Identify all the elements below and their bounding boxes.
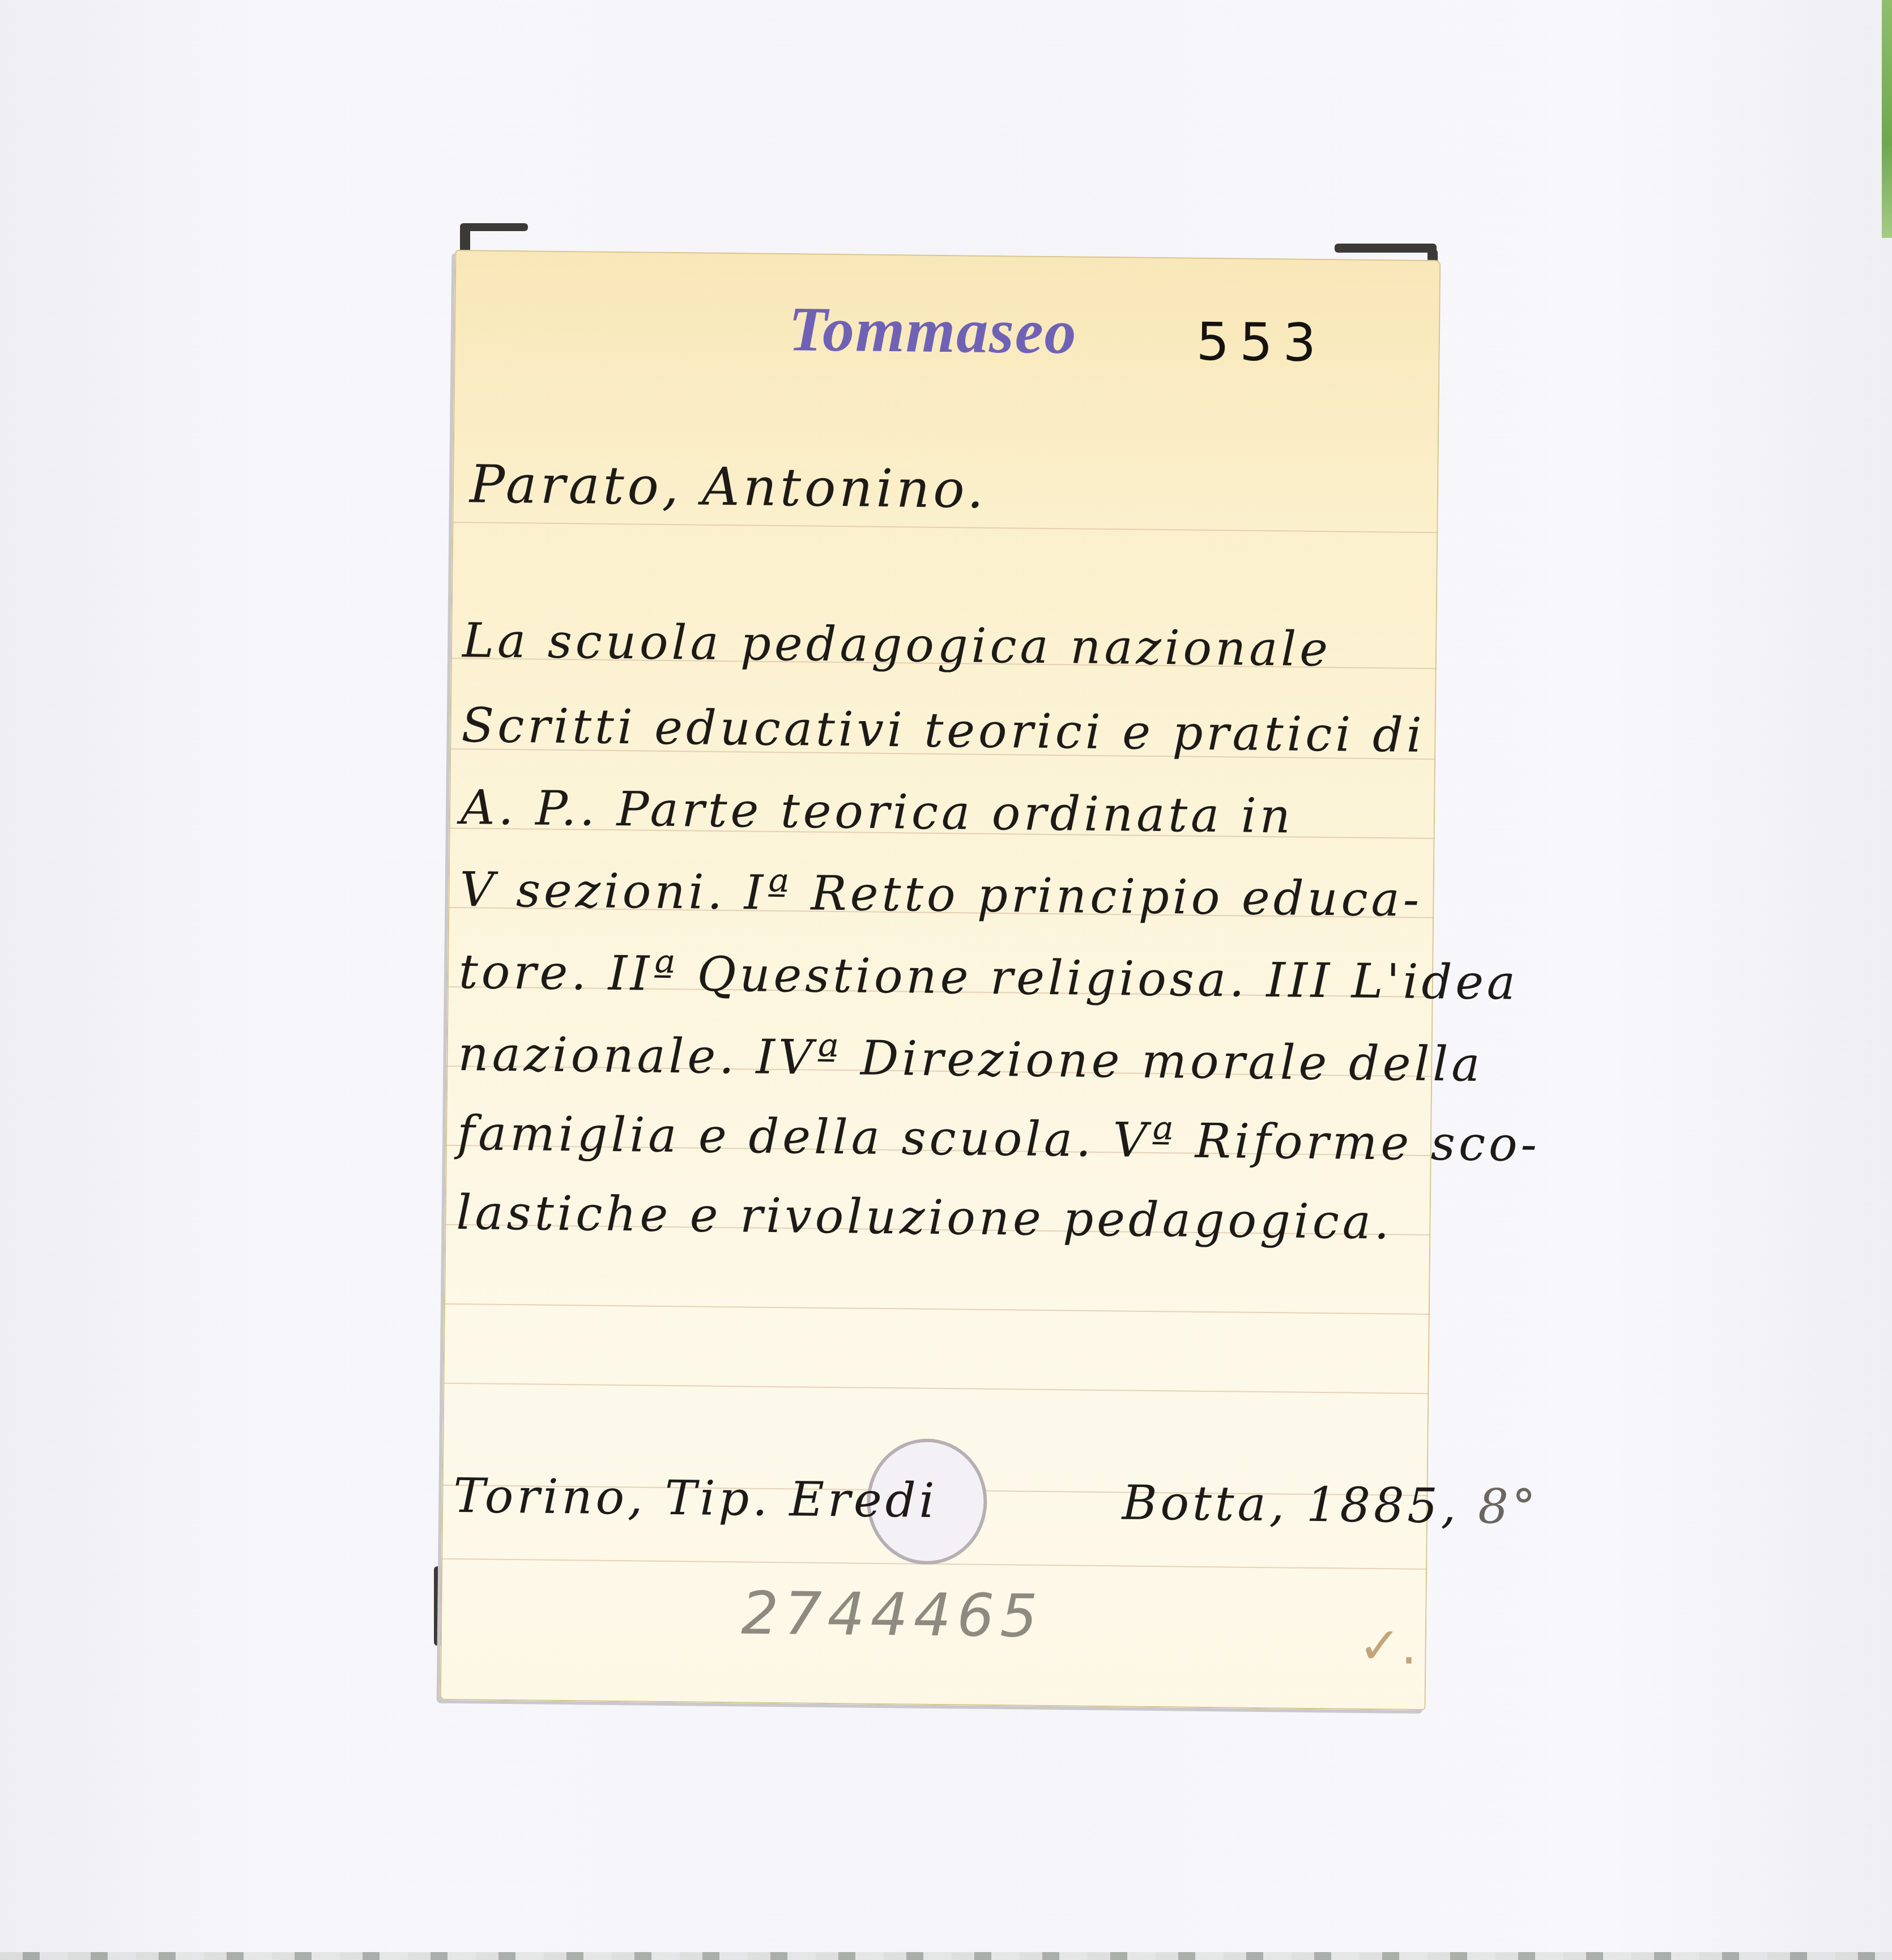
title-line-7: famiglia e della scuola. Vª Riforme sco- [457, 1105, 1541, 1172]
title-line-6: nazionale. IVª Direzione morale della [458, 1026, 1484, 1092]
title-line-5: tore. IIª Questione religiosa. III L'ide… [459, 944, 1519, 1011]
green-tab-edge [1882, 0, 1892, 238]
check-mark: ✓. [1358, 1616, 1417, 1676]
scan-bottom-edge [0, 1952, 1892, 1960]
library-stamp: Tommaseo [788, 293, 1077, 369]
call-number: 553 [1196, 312, 1327, 373]
title-line-2: Scritti educativi teorici e pratici di [461, 697, 1425, 763]
title-line-1: La scuola pedagogica nazionale [462, 612, 1332, 677]
catalog-card: Tommaseo 553 Parato, Antonino. La scuola… [440, 250, 1441, 1710]
title-line-8: lastiche e rivoluzione pedagogica. [456, 1184, 1393, 1250]
title-line-3: A. P.. Parte teorica ordinata in [461, 779, 1294, 843]
title-line-4: V sezioni. Iª Retto principio educa- [459, 862, 1423, 927]
imprint: Torino, Tip. Eredi Botta, 1885, 8° [453, 1468, 1539, 1535]
author-name: Parato, Antonino. [470, 454, 987, 520]
inventory-number: 2744465 [741, 1578, 1043, 1651]
imprint-publisher-year: Botta, 1885, [1122, 1475, 1460, 1533]
imprint-place-publisher: Torino, Tip. Eredi [453, 1468, 938, 1528]
imprint-format: 8° [1478, 1478, 1539, 1535]
